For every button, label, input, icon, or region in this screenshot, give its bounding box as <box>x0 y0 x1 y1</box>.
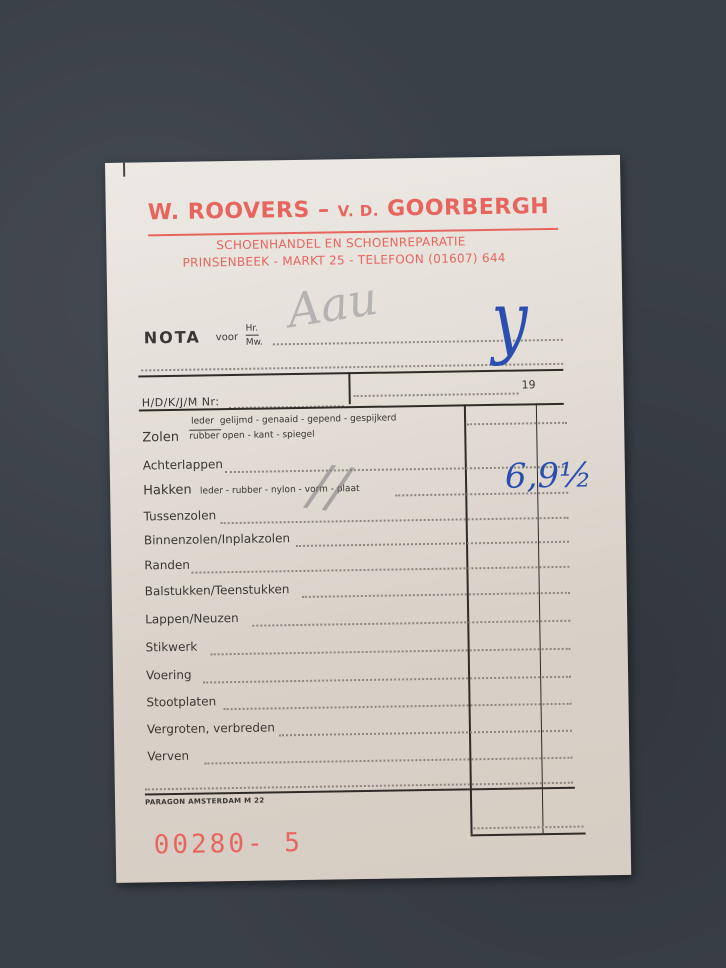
handwritten-amount: 6,9½ <box>505 455 593 496</box>
row-line <box>279 730 572 737</box>
shop-name-part3: GOORBERGH <box>379 194 550 222</box>
handwritten-mark: y <box>491 275 529 368</box>
row-achterlappen: Achterlappen <box>143 457 223 472</box>
row-line <box>221 517 569 524</box>
row-line <box>204 757 572 765</box>
row-line <box>296 541 569 547</box>
row-line <box>191 566 569 574</box>
shop-subtitle: SCHOENHANDEL EN SCHOENREPARATIE <box>216 234 466 252</box>
row-vergroten: Vergroten, verbreden <box>147 720 275 736</box>
shop-name-part1: W. ROOVERS <box>148 198 310 226</box>
ref-label: H/D/K/J/M Nr: <box>142 395 220 409</box>
zolen-bottom-material: rubber <box>189 431 219 441</box>
row-balstukken: Balstukken/Teenstukken <box>145 582 290 598</box>
hr-label: Hr. <box>246 324 259 336</box>
row-line <box>203 676 571 684</box>
row-randen: Randen <box>144 558 190 573</box>
total-bottom-rule <box>471 833 586 837</box>
row-verven: Verven <box>147 749 189 764</box>
zolen-top-material: leder <box>191 416 214 426</box>
row-voering: Voering <box>146 668 192 683</box>
zolen-top-options: gelijmd - genaaid - gepend - gespijkerd <box>220 413 397 426</box>
amount-line <box>467 422 567 426</box>
mw-label: Mw. <box>246 338 263 348</box>
year-prefix: 19 <box>521 378 535 391</box>
row-lappen: Lappen/Neuzen <box>145 611 239 626</box>
title-underline <box>148 228 558 236</box>
printer-imprint: PARAGON AMSTERDAM M 22 <box>145 797 265 807</box>
zolen-label: Zolen <box>142 430 179 446</box>
zolen-leder: leder gelijmd - genaaid - gepend - gespi… <box>191 413 396 426</box>
row-binnenzolen: Binnenzolen/Inplakzolen <box>144 531 290 547</box>
row-tussenzolen: Tussenzolen <box>143 508 216 523</box>
date-line <box>354 393 519 398</box>
row-stootplaten: Stootplaten <box>146 694 216 709</box>
shop-name-dash: – <box>310 197 338 222</box>
total-line <box>473 826 583 830</box>
invoice-paper: W. ROOVERS – V. D. GOORBERGH SCHOENHANDE… <box>105 155 631 883</box>
voor-label: voor <box>216 332 238 343</box>
row-line <box>224 703 572 710</box>
row-line <box>252 620 570 627</box>
handwritten-name: Aau <box>284 271 382 338</box>
corner-tick <box>123 163 125 177</box>
shop-name: W. ROOVERS – V. D. GOORBERGH <box>148 194 550 225</box>
row-line <box>302 592 570 598</box>
header-divider <box>348 372 350 404</box>
serial-number: 00280- 5 <box>153 828 303 860</box>
row-stikwerk: Stikwerk <box>146 640 198 655</box>
shop-address: PRINSENBEEK - MARKT 25 - TELEFOON (01607… <box>182 251 505 270</box>
row-line <box>211 648 571 656</box>
pencil-mark: // <box>306 452 351 521</box>
zolen-rubber: rubber open - kant - spiegel <box>189 430 314 442</box>
shop-name-part2: V. D. <box>338 202 380 221</box>
hakken-label: Hakken <box>143 483 192 499</box>
zolen-bottom-options: open - kant - spiegel <box>222 430 315 441</box>
nota-label: NOTA <box>144 328 201 348</box>
